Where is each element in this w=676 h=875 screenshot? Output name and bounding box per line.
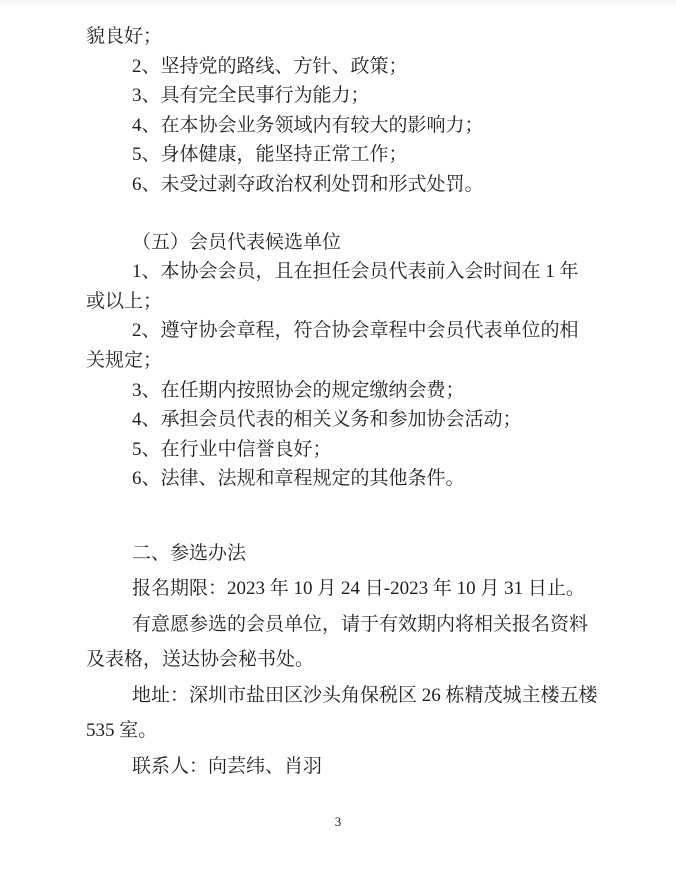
text-line: 5、身体健康，能坚持正常工作； bbox=[86, 140, 631, 170]
text-line: 5、在行业中信誉良好； bbox=[86, 435, 631, 465]
text-line: 6、法律、法规和章程规定的其他条件。 bbox=[86, 464, 631, 494]
section-election-procedure: 二、参选办法 报名期限：2023 年 10 月 24 日-2023 年 10 月… bbox=[86, 536, 631, 785]
section-heading: （五）会员代表候选单位 bbox=[86, 228, 631, 258]
text-line: 貌良好； bbox=[86, 22, 631, 52]
text-line: 1、本协会会员，且在担任会员代表前入会时间在 1 年 bbox=[86, 257, 631, 287]
document-body: 貌良好； 2、坚持党的路线、方针、政策； 3、具有完全民事行为能力； 4、在本协… bbox=[86, 22, 631, 784]
section-heading: 二、参选办法 bbox=[86, 536, 631, 572]
text-line: 3、具有完全民事行为能力； bbox=[86, 81, 631, 111]
page-number: 3 bbox=[0, 812, 676, 832]
text-line: 3、在任期内按照协会的规定缴纳会费； bbox=[86, 376, 631, 406]
text-line: 6、未受过剥夺政治权利处罚和形式处罚。 bbox=[86, 170, 631, 200]
text-line: 2、遵守协会章程，符合协会章程中会员代表单位的相 bbox=[86, 316, 631, 346]
text-line: 联系人：向芸纬、肖羽 bbox=[86, 749, 631, 785]
section-candidate-units: （五）会员代表候选单位 1、本协会会员，且在担任会员代表前入会时间在 1 年 或… bbox=[86, 228, 631, 494]
text-line: 报名期限：2023 年 10 月 24 日-2023 年 10 月 31 日止。 bbox=[86, 571, 631, 607]
text-line: 2、坚持党的路线、方针、政策； bbox=[86, 52, 631, 82]
text-line: 地址：深圳市盐田区沙头角保税区 26 栋精茂城主楼五楼 bbox=[86, 678, 631, 714]
text-line: 有意愿参选的会员单位，请于有效期内将相关报名资料 bbox=[86, 607, 631, 643]
document-page: 貌良好； 2、坚持党的路线、方针、政策； 3、具有完全民事行为能力； 4、在本协… bbox=[0, 0, 676, 875]
text-line: 4、在本协会业务领域内有较大的影响力； bbox=[86, 111, 631, 141]
text-line: 4、承担会员代表的相关义务和参加协会活动； bbox=[86, 405, 631, 435]
page-top-edge bbox=[0, 0, 676, 6]
text-line: 及表格，送达协会秘书处。 bbox=[86, 642, 631, 678]
text-line: 关规定； bbox=[86, 346, 631, 376]
text-line: 535 室。 bbox=[86, 713, 631, 749]
text-line: 或以上； bbox=[86, 287, 631, 317]
section-membership-qualifications: 貌良好； 2、坚持党的路线、方针、政策； 3、具有完全民事行为能力； 4、在本协… bbox=[86, 22, 631, 200]
